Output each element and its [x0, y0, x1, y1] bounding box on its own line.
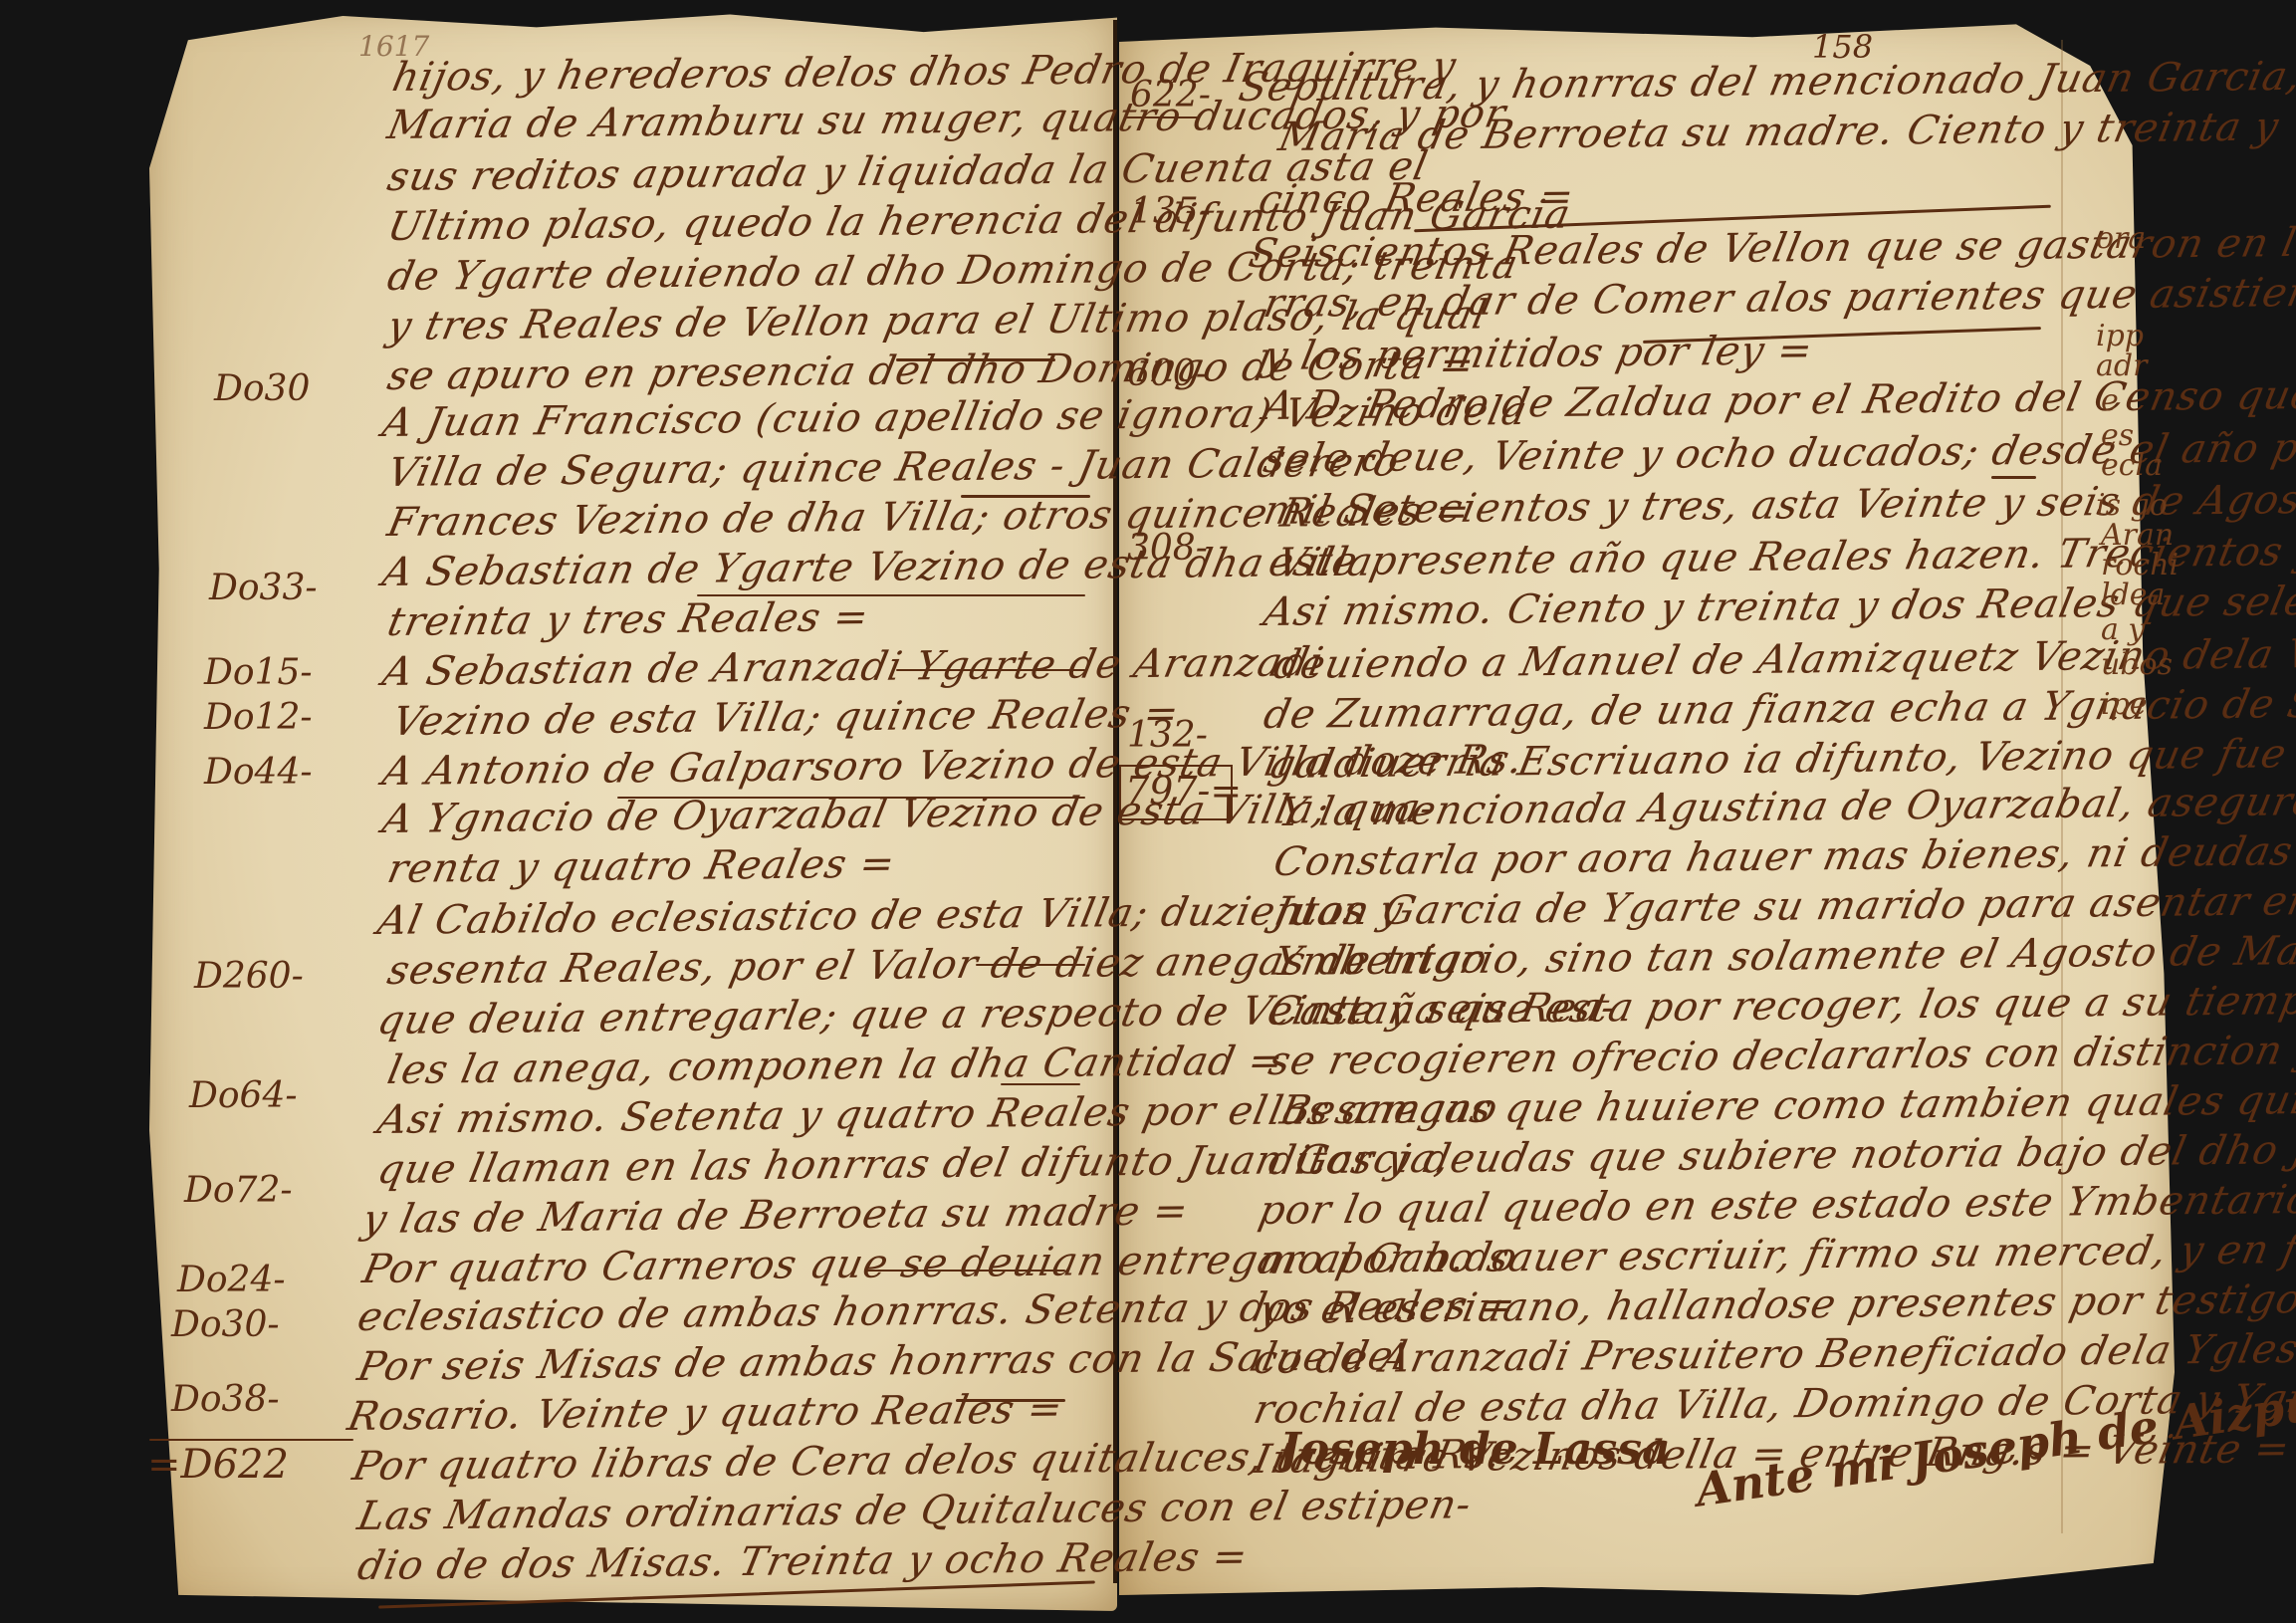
text-line: y los permitidos por ley = [1260, 328, 1817, 379]
line-filler-rule [866, 1270, 1065, 1272]
edge-fragment: adr [2096, 348, 2147, 383]
margin-amount: Do15- [204, 652, 313, 693]
margin-amount: Do30 [214, 368, 310, 409]
text-line: renta y quatro Reales = [383, 841, 899, 892]
amount-underline [1125, 116, 1200, 118]
margin-amount: Do44- [204, 752, 313, 793]
line-filler-rule [896, 358, 1055, 361]
text-line: treinta y tres Reales = [383, 594, 873, 645]
book-spread: 1617 hijos, y herederos delos dhos Pedro… [0, 0, 2296, 1623]
margin-amount: Do33- [209, 568, 318, 608]
edge-fragment: a y [2101, 612, 2145, 647]
edge-fragment: ora [2096, 221, 2146, 256]
margin-amount: 600- [1127, 353, 1208, 394]
margin-amount: 308- [1127, 528, 1208, 569]
margin-amount: Do30- [171, 1304, 280, 1345]
edge-fragment: ecla [2101, 448, 2163, 483]
text-line: Rosario. Veinte y quatro Reales = [344, 1387, 1066, 1440]
line-filler-rule [1001, 1083, 1080, 1085]
edge-fragment: ipe [2101, 687, 2148, 722]
margin-amount: 622- [1130, 75, 1211, 116]
line-filler-rule [896, 669, 1085, 671]
edge-fragment: ubos [2101, 647, 2173, 682]
margin-amount: 135- [1130, 191, 1211, 232]
margin-amount: Do24- [177, 1260, 286, 1300]
margin-amount: 132- [1127, 715, 1208, 756]
text-line: dio de dos Misas. Treinta y ocho Reales … [353, 1534, 1252, 1589]
line-filler-rule [976, 964, 1085, 966]
line-filler-rule [956, 1399, 1065, 1402]
margin-amount: Do64- [189, 1075, 298, 1116]
edge-fragment: ldea [2101, 578, 2165, 612]
line-filler-rule [1991, 476, 2036, 479]
text-line: Vezino de esta Villa; quince Reales = [388, 691, 1183, 745]
total-rule [149, 1439, 353, 1441]
boxed-total-value: 797-= [1125, 769, 1242, 812]
line-filler-rule [961, 495, 1090, 498]
margin-amount: Do38- [171, 1379, 280, 1420]
margin-amount: D260- [194, 956, 304, 997]
line-filler-rule [697, 594, 1085, 596]
text-line: cinco Reales = [1255, 174, 1578, 223]
edge-fragment: e [2101, 383, 2119, 418]
margin-amount: Do12- [204, 697, 313, 738]
margin-total: =D622 [147, 1442, 289, 1488]
line-filler-rule [617, 797, 1085, 799]
text-line: les la anega, componen la dha Cantidad = [383, 1039, 1287, 1093]
margin-amount: Do72- [184, 1170, 293, 1211]
signature-joseph-de-lassa: Joseph de Lassa [1279, 1424, 1671, 1475]
text-line: y las de Maria de Berroeta su madre = [358, 1188, 1193, 1243]
